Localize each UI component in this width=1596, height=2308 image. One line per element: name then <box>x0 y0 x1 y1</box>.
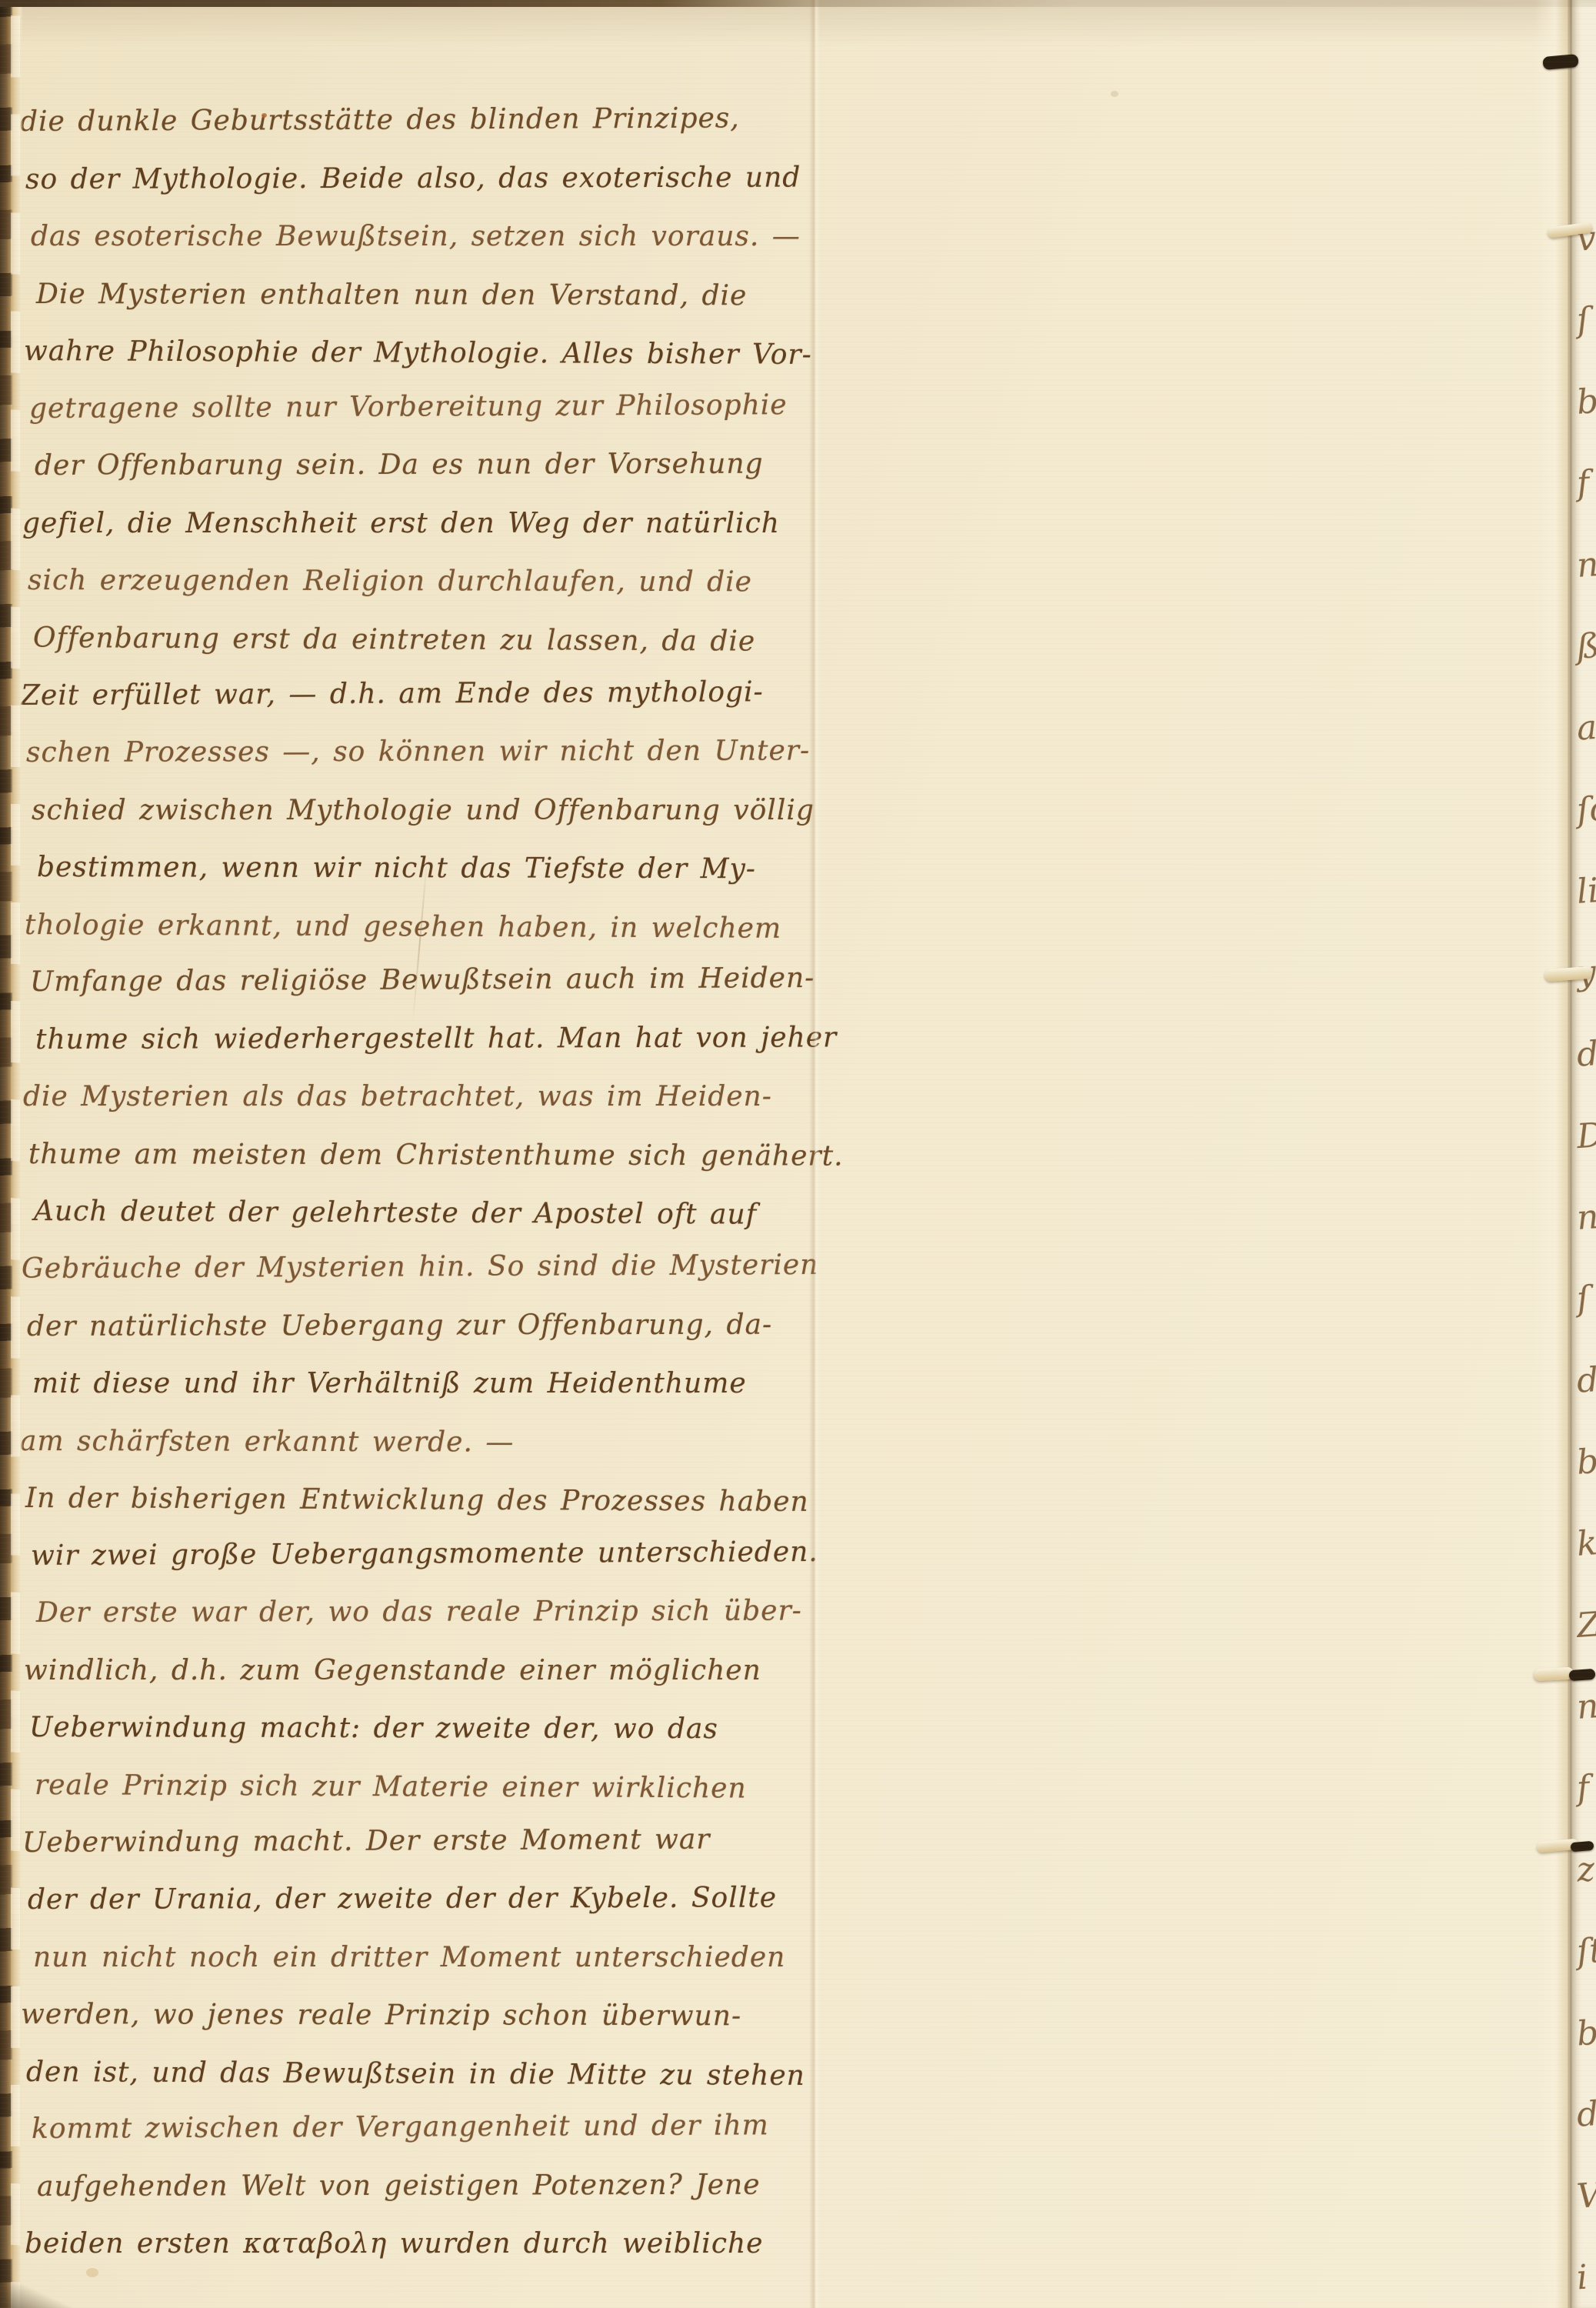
manuscript-line: Der erste war der, wo das reale Prinzip … <box>36 1596 802 1629</box>
manuscript-line: thologie erkannt, und gesehen haben, in … <box>25 909 781 945</box>
binding-stitch <box>1569 1669 1596 1681</box>
manuscript-line: so der Mythologie. Beide also, das exote… <box>25 162 801 195</box>
manuscript-line: sich erzeugenden Religion durchlaufen, u… <box>28 565 752 598</box>
manuscript-line: nun nicht noch ein dritter Moment unters… <box>33 1942 785 1973</box>
adjacent-page-letter-fragment: n <box>1575 1197 1596 1238</box>
adjacent-page-letter-fragment: ß <box>1575 626 1596 667</box>
adjacent-page-letter-fragment: d <box>1575 1034 1596 1075</box>
manuscript-line: Zeit erfüllet war, — d.h. am Ende des my… <box>21 676 764 712</box>
adjacent-page-letter-fragment: b <box>1575 382 1596 422</box>
adjacent-page-letter-fragment: b <box>1575 1442 1596 1483</box>
manuscript-line: die Mysterien als das betrachtet, was im… <box>23 1081 772 1112</box>
manuscript-line: der natürlichste Uebergang zur Offenbaru… <box>27 1309 772 1342</box>
adjacent-page-letter-fragment: a <box>1575 708 1596 749</box>
manuscript-line: gefiel, die Menschheit erst den Weg der … <box>22 508 780 539</box>
foxing-spot <box>1111 91 1118 97</box>
adjacent-page-letter-fragment: f <box>1575 1768 1591 1808</box>
adjacent-page-letter-fragment: n <box>1575 1686 1596 1727</box>
manuscript-line: Die Mysterien enthalten nun den Verstand… <box>36 278 747 312</box>
manuscript-line: beiden ersten καταβολη wurden durch weib… <box>25 2228 763 2260</box>
manuscript-line: das esoterische Bewußtsein, setzen sich … <box>31 221 801 252</box>
bottom-left-corner-shadow <box>0 2270 85 2308</box>
manuscript-line: thume am meisten dem Christenthume sich … <box>28 1139 844 1172</box>
adjacent-page-letter-fragment: z <box>1575 1849 1596 1889</box>
center-fold-crease <box>809 0 820 2308</box>
page-top-edge <box>0 0 1596 7</box>
blank-right-half <box>820 0 1534 2308</box>
manuscript-line: Umfange das religiöse Bewußtsein auch im… <box>30 962 815 998</box>
manuscript-line: schied zwischen Mythologie und Offenbaru… <box>32 795 815 826</box>
adjacent-page-letter-fragment: k <box>1575 1523 1596 1564</box>
adjacent-page-letter-fragment: D <box>1575 1116 1596 1156</box>
manuscript-line: der der Urania, der zweite der der Kybel… <box>28 1883 777 1916</box>
manuscript-line: schen Prozesses —, so können wir nicht d… <box>26 735 810 769</box>
manuscript-line: am schärfsten erkannt werde. — <box>20 1426 514 1459</box>
paper-speck <box>262 113 267 118</box>
adjacent-page-letter-fragment: d <box>1575 1360 1596 1401</box>
adjacent-page-letter-fragment: ſ <box>1575 300 1591 340</box>
manuscript-photo: die dunkle Geburtsstätte des blinden Pri… <box>0 0 1596 2308</box>
adjacent-page-letter-fragment: Z <box>1575 1605 1596 1646</box>
binding-thread <box>1534 1667 1574 1682</box>
manuscript-line: getragene sollte nur Vorbereitung zur Ph… <box>29 389 788 425</box>
adjacent-page-letter-fragment: br <box>1575 2012 1596 2053</box>
adjacent-page-letter-fragment: li <box>1575 871 1596 912</box>
adjacent-page-letter-fragment: V <box>1575 2176 1596 2216</box>
adjacent-page-letter-fragment: ſ <box>1575 1279 1591 1319</box>
adjacent-page-letter-fragment: d <box>1575 2094 1596 2135</box>
manuscript-line: Auch deutet der gelehrteste der Apostel … <box>34 1196 757 1231</box>
manuscript-line: kommt zwischen der Vergangenheit und der… <box>32 2110 769 2145</box>
manuscript-line: aufgehenden Welt von geistigen Potenzen?… <box>37 2170 761 2203</box>
manuscript-line: Ueberwindung macht. Der erste Moment war <box>22 1824 711 1859</box>
torn-edge-highlight <box>11 0 20 2308</box>
manuscript-line: reale Prinzip sich zur Materie einer wir… <box>35 1769 747 1805</box>
manuscript-line: den ist, und das Bewußtsein in die Mitte… <box>26 2056 805 2092</box>
manuscript-line: Ueberwindung macht: der zweite der, wo d… <box>29 1712 718 1745</box>
manuscript-line: mit diese und ihr Verhältniß zum Heident… <box>32 1368 747 1399</box>
adjacent-page-letter-fragment: f <box>1575 463 1591 503</box>
manuscript-line: werden, wo jenes reale Prinzip schon übe… <box>21 1999 741 2032</box>
adjacent-page-letter-fragment: ſt <box>1575 1931 1596 1972</box>
manuscript-line: In der bisherigen Entwicklung des Prozes… <box>25 1483 809 1518</box>
fore-edge-highlight <box>1534 0 1569 2308</box>
manuscript-line: Gebräuche der Mysterien hin. So sind die… <box>22 1249 819 1285</box>
manuscript-line: thume sich wiederhergestellt hat. Man ha… <box>35 1022 837 1056</box>
manuscript-line: windlich, d.h. zum Gegenstande einer mög… <box>24 1655 761 1686</box>
manuscript-line: wir zwei große Uebergangsmomente untersc… <box>31 1536 818 1572</box>
adjacent-page-letter-fragment: n <box>1575 545 1596 585</box>
manuscript-line: wahre Philosophie der Mythologie. Alles … <box>24 335 812 371</box>
manuscript-line: die dunkle Geburtsstätte des blinden Pri… <box>20 102 740 138</box>
manuscript-text-block: die dunkle Geburtsstätte des blinden Pri… <box>0 0 823 2308</box>
manuscript-line: Offenbarung erst da eintreten zu lassen,… <box>33 622 755 658</box>
manuscript-line: bestimmen, wenn wir nicht das Tiefste de… <box>37 852 756 885</box>
foxing-spot <box>86 2268 98 2277</box>
adjacent-page-letter-fragment: ſo <box>1575 789 1596 831</box>
manuscript-line: der Offenbarung sein. Da es nun der Vors… <box>35 449 764 482</box>
